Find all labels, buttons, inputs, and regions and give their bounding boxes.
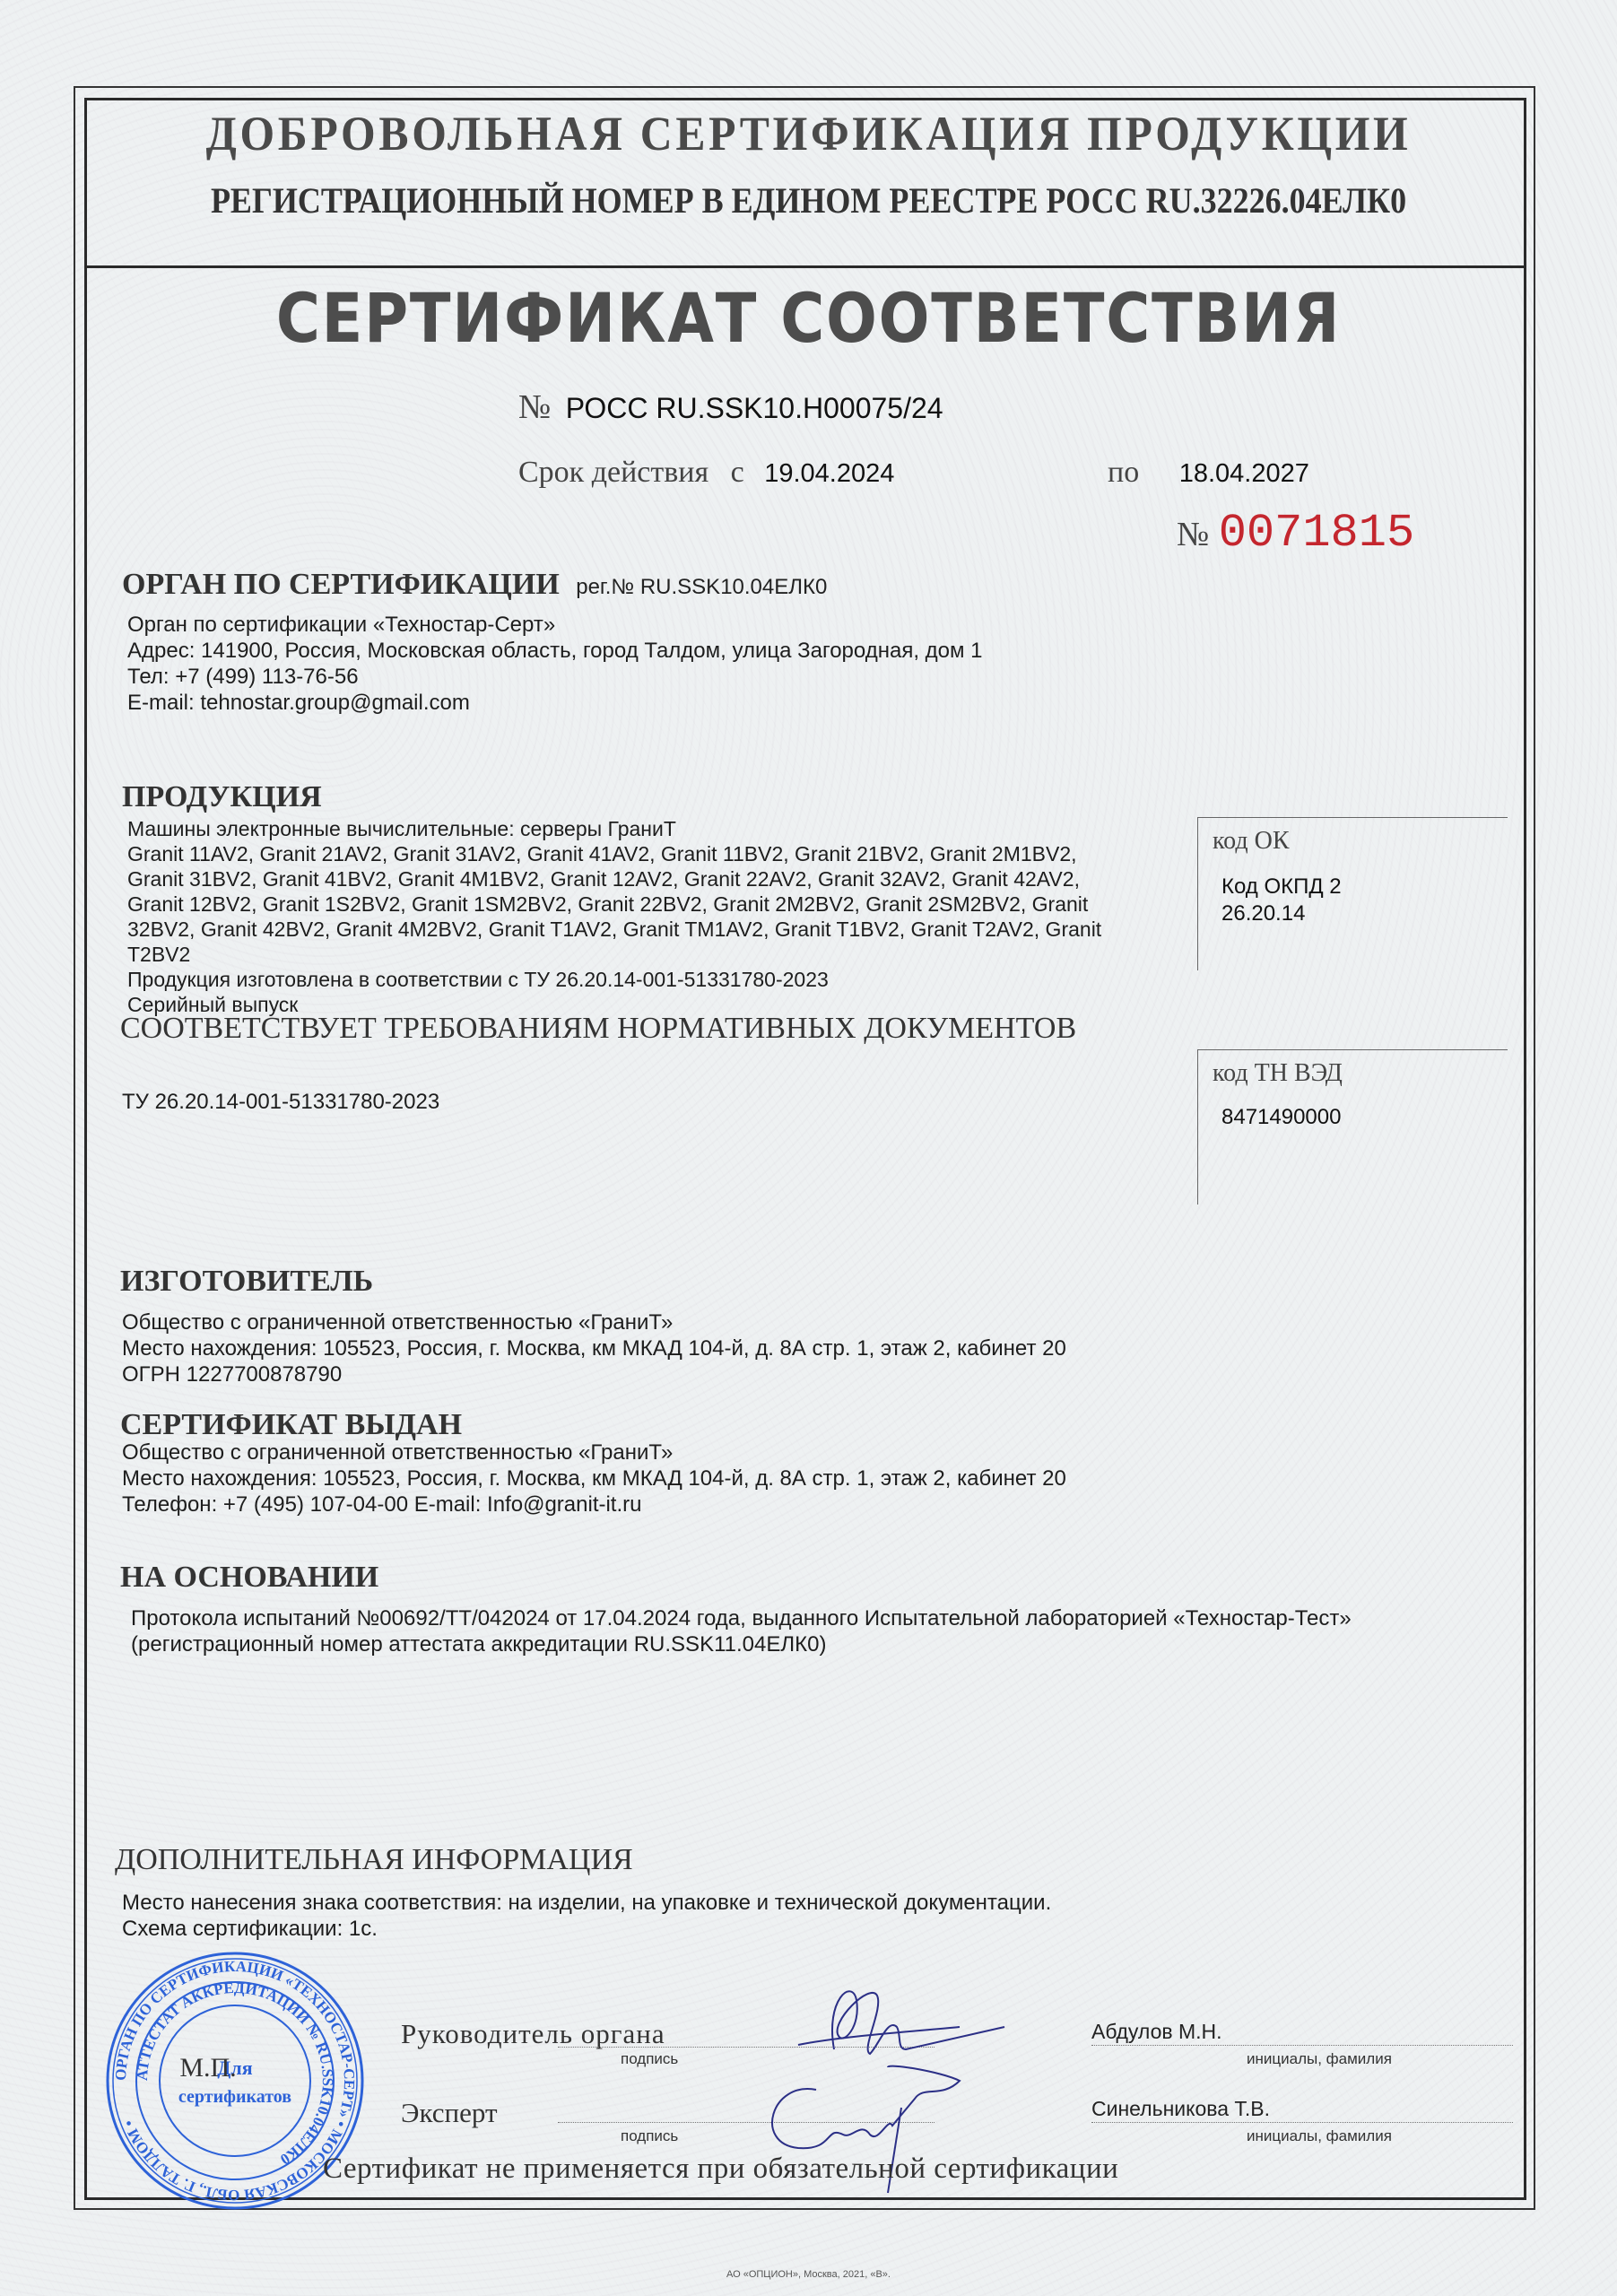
- additional-info-details: Место нанесения знака соответствия: на и…: [122, 1890, 1051, 1942]
- okpd-code: 26.20.14: [1221, 900, 1305, 926]
- validity-from-date: 19.04.2024: [764, 459, 894, 488]
- certification-body-heading-row: ОРГАН ПО СЕРТИФИКАЦИИ рег.№ RU.SSK10.04Е…: [122, 568, 827, 602]
- document-title: СЕРТИФИКАТ СООТВЕТСТВИЯ: [97, 278, 1520, 358]
- product-line: Продукция изготовлена в соответствии с Т…: [127, 967, 1101, 992]
- expert-name: Синельникова Т.В.: [1091, 2097, 1270, 2121]
- product-description: Машины электронные вычислительные: серве…: [127, 816, 1101, 1017]
- manufacturer-details: Общество с ограниченной ответственностью…: [122, 1309, 1066, 1387]
- head-name: Абдулов М.Н.: [1091, 2020, 1222, 2044]
- code-ok-label: код ОК: [1213, 827, 1290, 856]
- product-line: Granit 31BV2, Granit 41BV2, Granit 4M1BV…: [127, 866, 1101, 891]
- stamp-center-line-2: сертификатов: [178, 2087, 291, 2107]
- conformity-heading: СООТВЕТСТВУЕТ ТРЕБОВАНИЯМ НОРМАТИВНЫХ ДО…: [120, 1012, 1076, 1046]
- basis-heading: НА ОСНОВАНИИ: [120, 1561, 378, 1595]
- voluntary-certification-header: ДОБРОВОЛЬНАЯ СЕРТИФИКАЦИЯ ПРОДУКЦИИ: [65, 106, 1552, 161]
- disclaimer: Сертификат не применяется при обязательн…: [323, 2152, 1118, 2186]
- expert-name-hint: инициалы, фамилия: [1247, 2127, 1392, 2145]
- header-divider: [84, 265, 1524, 268]
- expert-signature: [772, 2066, 960, 2149]
- product-line: Granit 12BV2, Granit 1S2BV2, Granit 1SM2…: [127, 891, 1101, 917]
- form-serial-number: № 0071815: [1177, 507, 1414, 560]
- test-protocol: Протокола испытаний №00692/ТТ/042024 от …: [131, 1605, 1352, 1631]
- tnved-code: 8471490000: [1221, 1104, 1341, 1130]
- product-line: Машины электронные вычислительные: серве…: [127, 816, 1101, 841]
- head-of-body-label: Руководитель органа: [401, 2018, 665, 2050]
- certification-scheme: Схема сертификации: 1с.: [122, 1916, 1051, 1942]
- issued-to-name: Общество с ограниченной ответственностью…: [122, 1439, 1066, 1465]
- validity-period: Срок действия с 19.04.2024: [518, 456, 894, 490]
- normative-document: ТУ 26.20.14-001-51331780-2023: [122, 1089, 439, 1115]
- product-heading: ПРОДУКЦИЯ: [122, 780, 322, 814]
- validity-label: Срок действия: [518, 456, 709, 489]
- validity-to-date: 18.04.2027: [1179, 459, 1309, 488]
- printer-note: АО «ОПЦИОН», Москва, 2021, «В».: [0, 2269, 1617, 2280]
- issued-to-contacts: Телефон: +7 (495) 107-04-00 E-mail: Info…: [122, 1492, 1066, 1518]
- certification-body-heading: ОРГАН ПО СЕРТИФИКАЦИИ: [122, 568, 560, 601]
- product-line: Granit 11AV2, Granit 21AV2, Granit 31AV2…: [127, 841, 1101, 866]
- manufacturer-name: Общество с ограниченной ответственностью…: [122, 1309, 1066, 1335]
- certification-body-name: Орган по сертификации «Техностар-Серт»: [127, 612, 983, 638]
- certificate-number-value: РОСС RU.SSK10.Н00075/24: [566, 392, 943, 424]
- serial-number-sign: №: [1177, 516, 1209, 553]
- certification-body-email: E-mail: tehnostar.group@gmail.com: [127, 690, 983, 716]
- expert-label: Эксперт: [401, 2097, 498, 2129]
- code-ok-box: код ОК Код ОКПД 2 26.20.14: [1197, 817, 1508, 970]
- issued-to-address: Место нахождения: 105523, Россия, г. Мос…: [122, 1465, 1066, 1492]
- head-signature: [832, 1991, 1004, 2054]
- issued-to-heading: СЕРТИФИКАТ ВЫДАН: [120, 1408, 462, 1442]
- serial-number-value: 0071815: [1219, 507, 1414, 560]
- registry-number-header: РЕГИСТРАЦИОННЫЙ НОМЕР В ЕДИНОМ РЕЕСТРЕ Р…: [81, 179, 1536, 222]
- head-name-line: [1091, 2045, 1513, 2046]
- code-tnved-box: код ТН ВЭД 8471490000: [1197, 1049, 1508, 1205]
- manufacturer-heading: ИЗГОТОВИТЕЛЬ: [120, 1265, 373, 1299]
- certification-body-phone: Тел: +7 (499) 113-76-56: [127, 664, 983, 690]
- manufacturer-address: Место нахождения: 105523, Россия, г. Мос…: [122, 1335, 1066, 1361]
- head-name-hint: инициалы, фамилия: [1247, 2050, 1392, 2068]
- certification-body-address: Адрес: 141900, Россия, Московская област…: [127, 638, 983, 664]
- conformity-mark-placement: Место нанесения знака соответствия: на и…: [122, 1890, 1051, 1916]
- certification-body-reg-no: рег.№ RU.SSK10.04ЕЛК0: [576, 575, 827, 599]
- additional-info-heading: ДОПОЛНИТЕЛЬНАЯ ИНФОРМАЦИЯ: [115, 1843, 633, 1877]
- expert-name-line: [1091, 2122, 1513, 2123]
- expert-signature-hint: подпись: [621, 2127, 678, 2145]
- validity-to-label: по: [1108, 456, 1139, 489]
- okpd-label: Код ОКПД 2: [1221, 874, 1342, 900]
- validity-to: по 18.04.2027: [1108, 456, 1309, 490]
- issued-to-details: Общество с ограниченной ответственностью…: [122, 1439, 1066, 1518]
- validity-from-label: с: [731, 456, 744, 489]
- product-line: T2BV2: [127, 942, 1101, 967]
- certificate-number: № РОСС RU.SSK10.Н00075/24: [518, 387, 943, 427]
- accreditation-number: (регистрационный номер аттестата аккреди…: [131, 1631, 1352, 1657]
- code-tnved-label: код ТН ВЭД: [1213, 1059, 1343, 1088]
- number-sign: №: [518, 388, 551, 426]
- manufacturer-ogrn: ОГРН 1227700878790: [122, 1361, 1066, 1387]
- basis-details: Протокола испытаний №00692/ТТ/042024 от …: [131, 1605, 1352, 1657]
- product-line: 32BV2, Granit 42BV2, Granit 4M2BV2, Gran…: [127, 917, 1101, 942]
- head-signature-hint: подпись: [621, 2050, 678, 2068]
- stamp-place-label: М.П.: [179, 2053, 236, 2083]
- certification-body-details: Орган по сертификации «Техностар-Серт» А…: [127, 612, 983, 716]
